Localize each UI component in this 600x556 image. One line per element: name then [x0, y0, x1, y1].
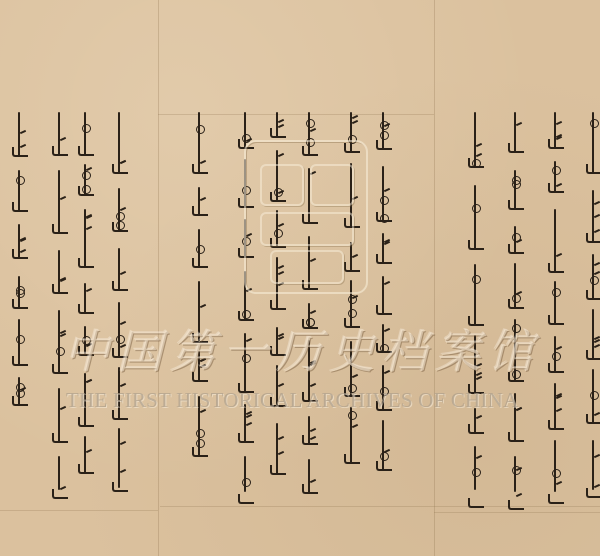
script-column — [374, 112, 396, 490]
seal-glyph-part — [260, 164, 304, 206]
english-watermark-text: THE FIRST HISTORICAL ARCHIVES OF CHINA — [66, 388, 536, 413]
watermark-character: 馆 — [488, 316, 534, 382]
script-column — [10, 112, 32, 430]
script-column — [76, 112, 98, 490]
watermark-character: 一 — [223, 316, 269, 382]
script-column — [50, 112, 72, 490]
script-column — [110, 112, 132, 488]
watermark-character: 中 — [64, 316, 110, 382]
script-column — [546, 112, 568, 492]
script-column — [584, 112, 600, 490]
paper-fold-line — [434, 0, 435, 556]
watermark-character: 第 — [170, 316, 216, 382]
seal-glyph-part — [270, 250, 344, 284]
watermark-character: 历 — [276, 316, 322, 382]
document-scan: 中国第一历史档案馆 THE FIRST HISTORICAL ARCHIVES … — [0, 0, 600, 556]
script-column — [190, 112, 212, 490]
archive-seal-watermark — [244, 140, 368, 294]
seal-glyph-part — [260, 212, 354, 246]
paper-fold-line — [158, 0, 159, 556]
watermark-character: 国 — [117, 316, 163, 382]
chinese-watermark-text: 中国第一历史档案馆 — [64, 316, 534, 382]
watermark-character: 史 — [329, 316, 375, 382]
ruling-line — [0, 510, 158, 511]
watermark-character: 档 — [382, 316, 428, 382]
seal-glyph-part — [310, 164, 354, 206]
watermark-character: 案 — [435, 316, 481, 382]
ruling-line — [160, 506, 600, 507]
script-column — [506, 112, 528, 492]
ruling-line — [434, 512, 600, 513]
script-column — [466, 112, 488, 490]
